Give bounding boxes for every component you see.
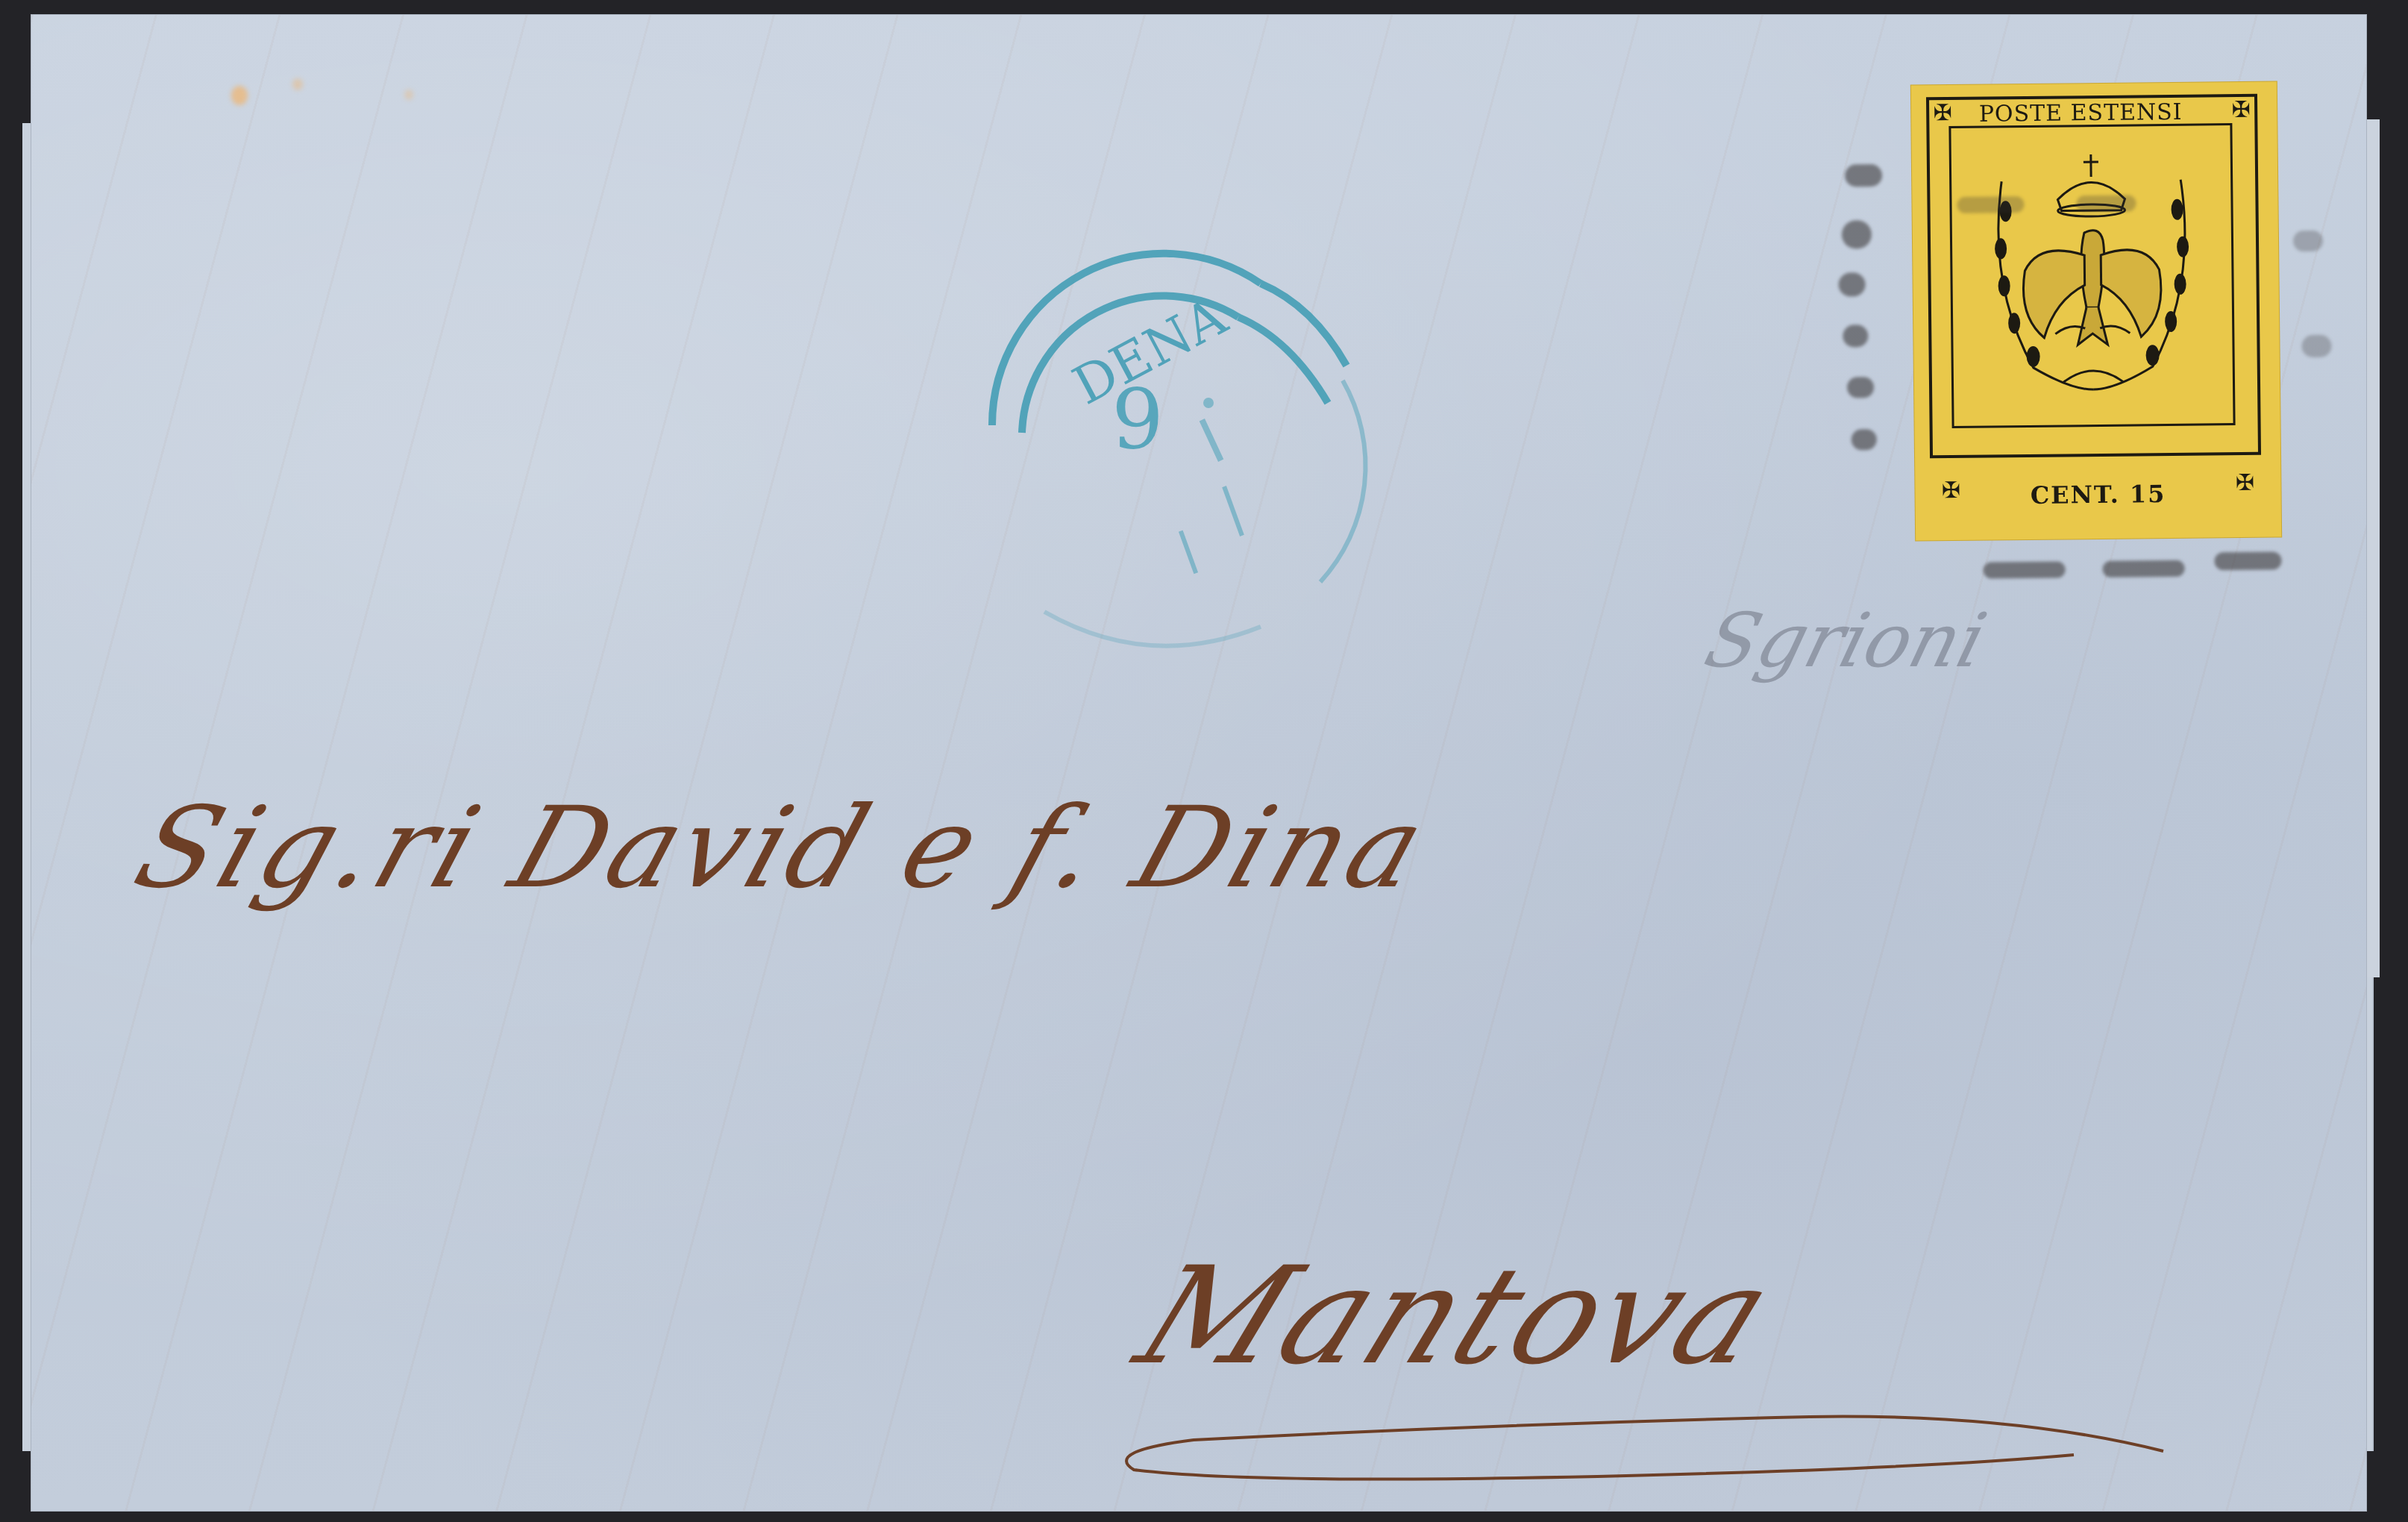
destination-handwriting: Mantova [1117,1238,1796,1394]
underline-flourish [1104,1380,2208,1485]
cancellation-mark [1957,196,2024,213]
foxing-spot [404,90,413,100]
stamp-denomination: CENT. 15 [1975,479,2221,510]
corner-ornament-icon: ✠ [1937,477,1964,504]
cancellation-mark [1847,377,1874,398]
cancellation-mark [2214,551,2281,570]
foxing-spot [231,86,248,105]
cancellation-mark [2076,195,2136,212]
corner-ornament-icon: ✠ [1929,100,1956,127]
cancellation-mark [1984,561,2066,578]
cancellation-mark [1852,429,1877,450]
cancellation-mark [1843,325,1868,347]
stamp-top-text: POSTE ESTENSI [1957,98,2204,127]
cancellation-mark [2301,335,2331,357]
corner-ornament-icon: ✠ [2227,97,2254,124]
postmark-day: 9 [1111,372,1164,467]
corner-ornament-icon: ✠ [2231,470,2258,497]
postmark: DENA 9 [962,254,1350,671]
foxing-spot [292,78,303,90]
cancellation-mark [2293,231,2323,251]
cancellation-mark [1842,220,1872,248]
expert-signature: Sgrioni [1696,597,1995,684]
cancellation-mark [1838,272,1865,296]
postage-stamp: POSTE ESTENSI ✠ ✠ ✠ ✠ CE [1911,81,2281,540]
eagle-emblem-icon [1972,134,2213,435]
folded-sheet-edge [2365,119,2380,977]
cancellation-mark [1845,164,1882,187]
cancellation-mark [2103,560,2185,577]
addressee-handwriting: Sig.ri David e f. Dina [121,783,1443,913]
